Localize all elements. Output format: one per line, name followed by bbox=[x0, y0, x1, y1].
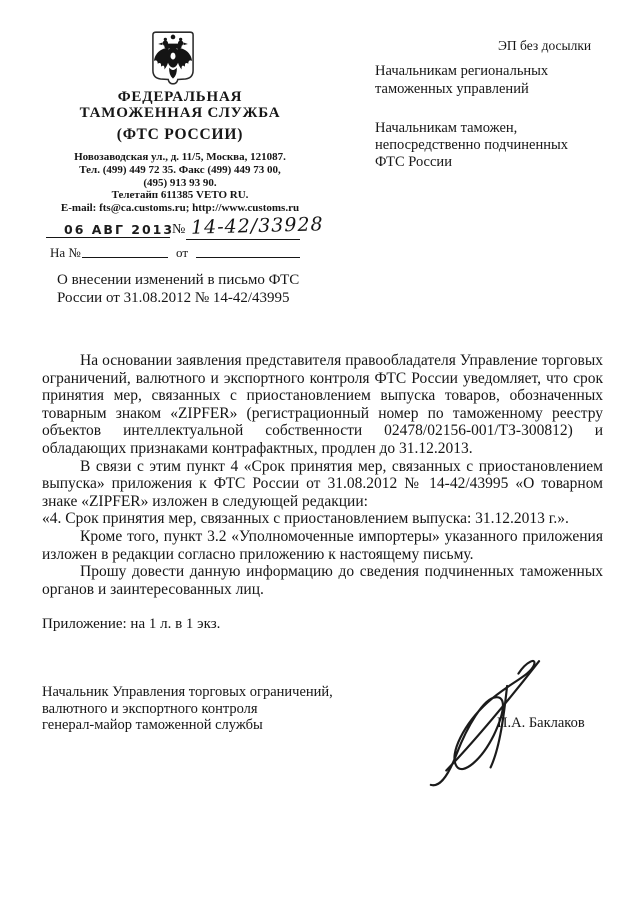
org-abbreviation: (ФТС РОССИИ) bbox=[40, 126, 320, 144]
addressee-line: таможенных управлений bbox=[375, 81, 595, 99]
address-line: Новозаводская ул., д. 11/5, Москва, 1210… bbox=[35, 151, 325, 164]
letter-body: На основании заявления представителя пра… bbox=[42, 352, 603, 598]
body-paragraph: Кроме того, пункт 3.2 «Уполномоченные им… bbox=[42, 528, 603, 563]
body-paragraph: В связи с этим пункт 4 «Срок принятия ме… bbox=[42, 458, 603, 511]
addressee-line: Начальникам региональных bbox=[375, 63, 595, 81]
address-line: Тел. (499) 449 72 35. Факс (499) 449 73 … bbox=[35, 164, 325, 177]
signer-name: П.А. Баклаков bbox=[497, 715, 585, 732]
scanned-letter-page: ФЕДЕРАЛЬНАЯ ТАМОЖЕННАЯ СЛУЖБА (ФТС РОССИ… bbox=[0, 0, 640, 905]
body-paragraph: Прошу довести данную информацию до сведе… bbox=[42, 563, 603, 598]
address-line: Телетайп 611385 VETO RU. bbox=[35, 189, 325, 202]
signer-position-line: валютного и экспортного контроля bbox=[42, 701, 333, 718]
signer-position-block: Начальник Управления торговых ограничени… bbox=[42, 684, 333, 734]
number-underline bbox=[186, 226, 300, 240]
address-line: E-mail: fts@ca.customs.ru; http://www.cu… bbox=[35, 202, 325, 215]
from-label: от bbox=[176, 245, 188, 261]
body-paragraph: На основании заявления представителя пра… bbox=[42, 352, 603, 458]
coat-of-arms-icon bbox=[151, 29, 195, 87]
addressee-block-1: Начальникам региональных таможенных упра… bbox=[375, 63, 595, 98]
org-name-line1: ФЕДЕРАЛЬНАЯ bbox=[40, 89, 320, 105]
org-name-line2: ТАМОЖЕННАЯ СЛУЖБА bbox=[40, 105, 320, 121]
reply-underline bbox=[82, 244, 168, 258]
subject-line-1: О внесении изменений в письмо ФТС bbox=[57, 271, 347, 289]
org-address-block: Новозаводская ул., д. 11/5, Москва, 1210… bbox=[35, 151, 325, 215]
signer-position-line: Начальник Управления торговых ограничени… bbox=[42, 684, 333, 701]
body-paragraph: «4. Срок принятия мер, связанных с приос… bbox=[42, 510, 603, 528]
number-label: № bbox=[172, 222, 185, 238]
addressee-line: ФТС России bbox=[375, 154, 595, 171]
org-name: ФЕДЕРАЛЬНАЯ ТАМОЖЕННАЯ СЛУЖБА bbox=[40, 89, 320, 121]
subject-line-2: России от 31.08.2012 № 14-42/43995 bbox=[57, 289, 347, 307]
addressee-line: непосредственно подчиненных bbox=[375, 137, 595, 154]
from-underline bbox=[196, 244, 300, 258]
subject-line: О внесении изменений в письмо ФТС России… bbox=[57, 271, 347, 307]
attachment-note: Приложение: на 1 л. в 1 экз. bbox=[42, 616, 220, 633]
address-line: (495) 913 93 90. bbox=[35, 177, 325, 190]
reply-to-label: На № bbox=[50, 245, 81, 261]
addressee-line: Начальникам таможен, bbox=[375, 120, 595, 137]
signer-position-line: генерал-майор таможенной службы bbox=[42, 717, 333, 734]
date-underline bbox=[46, 224, 170, 238]
addressee-block-2: Начальникам таможен, непосредственно под… bbox=[375, 120, 595, 171]
delivery-note: ЭП без досылки bbox=[498, 38, 591, 54]
